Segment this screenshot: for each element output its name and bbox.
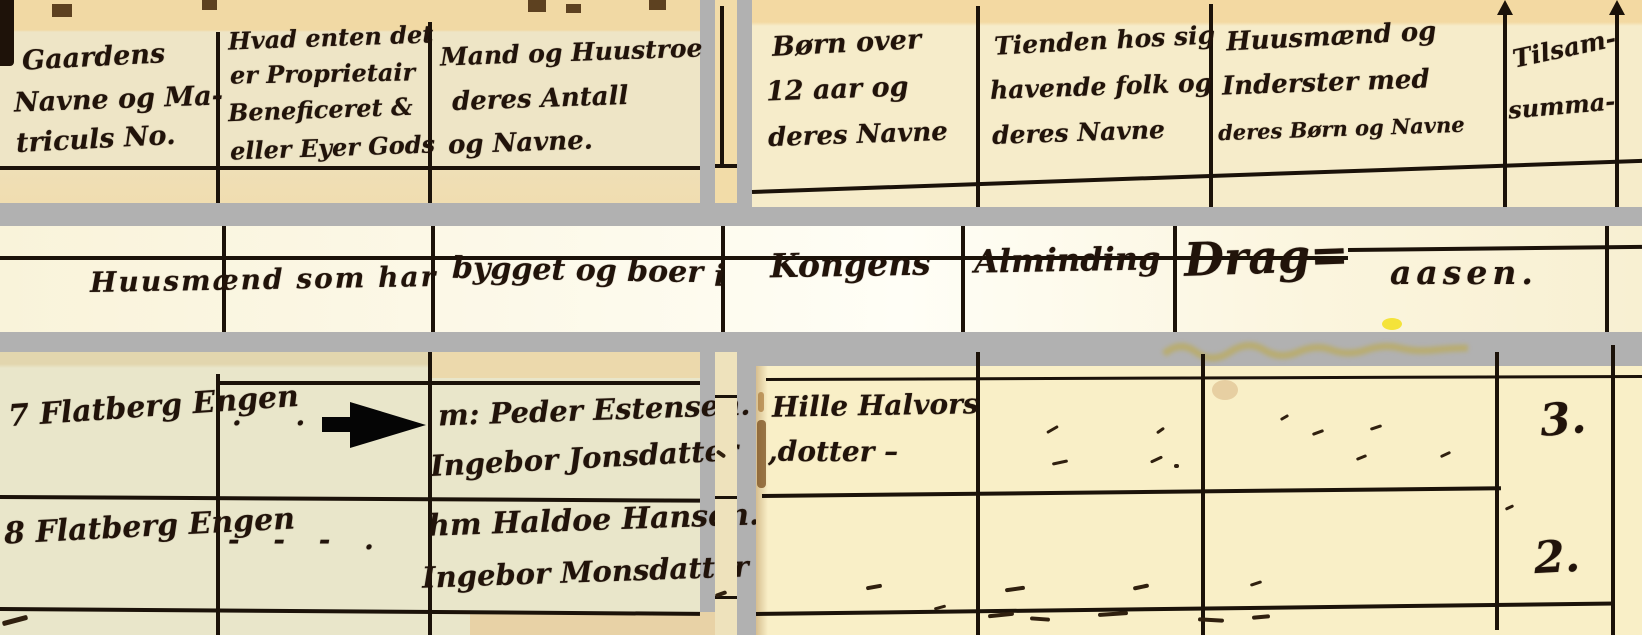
- spouse-name: Ingebor Monsdatter: [422, 552, 750, 592]
- column-divider: [428, 22, 432, 203]
- sliver-line: [715, 395, 737, 398]
- column-divider: [1495, 352, 1499, 630]
- sliver-line: [715, 164, 737, 168]
- section-heading-text: Alminding: [974, 242, 1161, 277]
- tape-notch: [52, 4, 72, 17]
- sliver-line: [715, 496, 737, 499]
- tape-notch: [202, 0, 217, 10]
- header-farm-col-line: Navne og Ma-: [14, 82, 224, 116]
- column-divider: [961, 226, 965, 332]
- scan-edge-tan: [1212, 380, 1238, 400]
- household-head-name: m: Peder Estensen.: [438, 391, 751, 431]
- household-head-name: hm Haldoe Hansen.: [428, 500, 760, 542]
- header-children-col-line: 12 aar og: [766, 74, 909, 106]
- section-heading-text: Kongens: [770, 247, 931, 283]
- header-children-col-line: deres Navne: [768, 119, 949, 151]
- tenure-marks: - - - .: [228, 526, 386, 554]
- section-heading-text: bygget og boer: [452, 254, 704, 288]
- scanned-record-page: Gaardens Navne og Ma- triculs No. Hvad e…: [0, 0, 1642, 635]
- line-arrowhead: [1497, 0, 1513, 15]
- header-farm-col-line: Gaardens: [21, 40, 165, 74]
- pointer-arrow-head: [350, 402, 426, 448]
- bleed-through-artifact: [1150, 330, 1530, 366]
- header-tenure-col-line: Hvad enten det: [228, 22, 434, 53]
- column-divider: [1173, 226, 1177, 332]
- header-tenure-col-line: eller Eyer Gods: [230, 132, 436, 163]
- column-divider: [1503, 14, 1507, 207]
- tape-notch: [649, 0, 666, 10]
- sliver-line: [720, 6, 724, 166]
- scan-sliver-top: [715, 0, 737, 203]
- header-cottars-col-line: Inderster med: [1222, 66, 1430, 99]
- header-couple-col-line: deres Antall: [452, 83, 629, 115]
- header-tenure-col-line: Beneficeret &: [228, 95, 413, 125]
- header-servants-col-line: deres Navne: [992, 117, 1166, 148]
- scan-edge-tan: [430, 352, 700, 378]
- column-divider: [1611, 345, 1615, 635]
- tenure-marks: . .: [232, 402, 327, 430]
- header-servants-col-line: havende folk og: [990, 70, 1213, 103]
- column-divider: [1605, 226, 1609, 332]
- section-heading-text: Huusmænd som har: [90, 263, 438, 297]
- column-divider: [216, 32, 220, 203]
- cottar-name-line: Hille Halvors: [772, 390, 979, 422]
- header-couple-col-line: og Navne.: [448, 127, 594, 158]
- line-arrowhead: [1609, 0, 1625, 15]
- cottar-name-line: ,dotter –: [768, 438, 898, 466]
- sum-value: 2.: [1533, 535, 1581, 581]
- section-heading-text: Drag=: [1183, 231, 1349, 283]
- yellow-highlight-speck: [1382, 318, 1402, 330]
- section-heading-text: aasen.: [1390, 256, 1538, 289]
- column-divider: [1201, 354, 1205, 635]
- header-farm-col-line: triculs No.: [15, 122, 176, 157]
- tape-notch: [528, 0, 546, 12]
- column-divider: [976, 6, 980, 207]
- header-tenure-col-line: er Proprietair: [230, 60, 416, 87]
- header-children-col-line: Børn over: [771, 26, 921, 61]
- ink-stain: [757, 420, 766, 488]
- sum-value: 3.: [1538, 396, 1588, 444]
- section-heading-text: i: [714, 262, 725, 292]
- binding-shadow: [0, 0, 14, 66]
- header-bottom-rule: [0, 166, 700, 170]
- tape-notch: [566, 4, 581, 13]
- ink-mark: [1174, 464, 1179, 468]
- ink-stain: [758, 392, 764, 412]
